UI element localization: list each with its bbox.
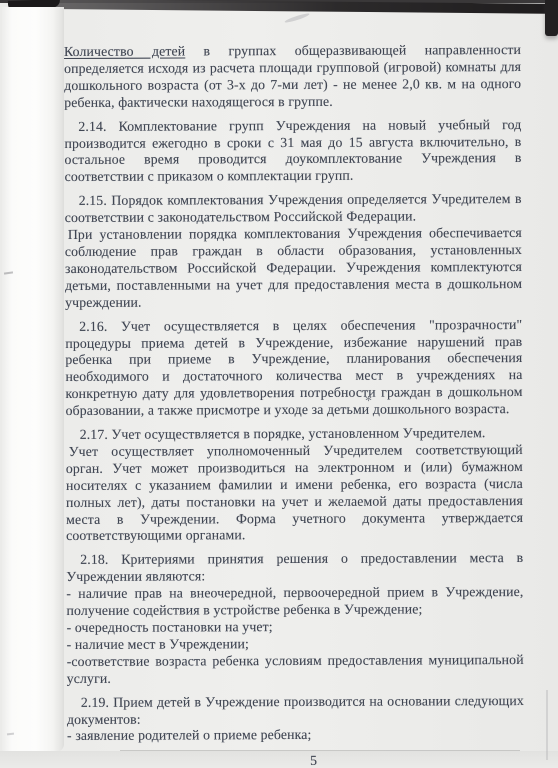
criteria-item-1: - наличие прав на внеочередной, первооче…: [66, 584, 523, 620]
paragraph-2-14: 2.14. Комплектование групп Учреждения на…: [64, 117, 521, 187]
page-left-edge-curl: [2, 7, 64, 752]
paragraph-2-17: 2.17. Учет осуществляется в порядке, уст…: [66, 425, 523, 444]
document-text: Количество детей в группах общеразвивающ…: [64, 42, 524, 768]
page-right-edge-line: [546, 690, 548, 760]
paragraph-2-16: 2.16. Учет осуществляется в целях обеспе…: [65, 317, 522, 420]
documents-item-1: - заявление родителей о приеме ребенка;: [67, 726, 524, 745]
intro-paragraph: Количество детей в группах общеразвивающ…: [64, 42, 521, 112]
criteria-item-2: - очередность постановки на учет;: [67, 618, 524, 637]
paragraph-2-17-continuation: Учет осуществляет уполномоченный Учредит…: [66, 442, 523, 545]
scan-smudge: [284, 12, 310, 24]
paragraph-2-15-continuation: При установлении порядка комплектования …: [65, 225, 522, 312]
paragraph-2-19: 2.19. Прием детей в Учреждение производи…: [67, 693, 524, 729]
paragraph-2-15: 2.15. Порядок комплектования Учреждения …: [65, 191, 522, 227]
criteria-item-3: - наличие мест в Учреждении;: [67, 635, 524, 654]
page-number: 5: [85, 752, 542, 768]
criteria-item-4: -соответствие возраста ребенка условиям …: [67, 652, 524, 688]
scanned-document-page: * Количество детей в группах общеразвива…: [0, 0, 558, 768]
paragraph-2-18: 2.18. Критериями принятия решения о пред…: [66, 550, 523, 586]
intro-underlined-phrase: Количество детей: [64, 43, 185, 59]
scan-top-right-shadow: [545, 0, 558, 36]
